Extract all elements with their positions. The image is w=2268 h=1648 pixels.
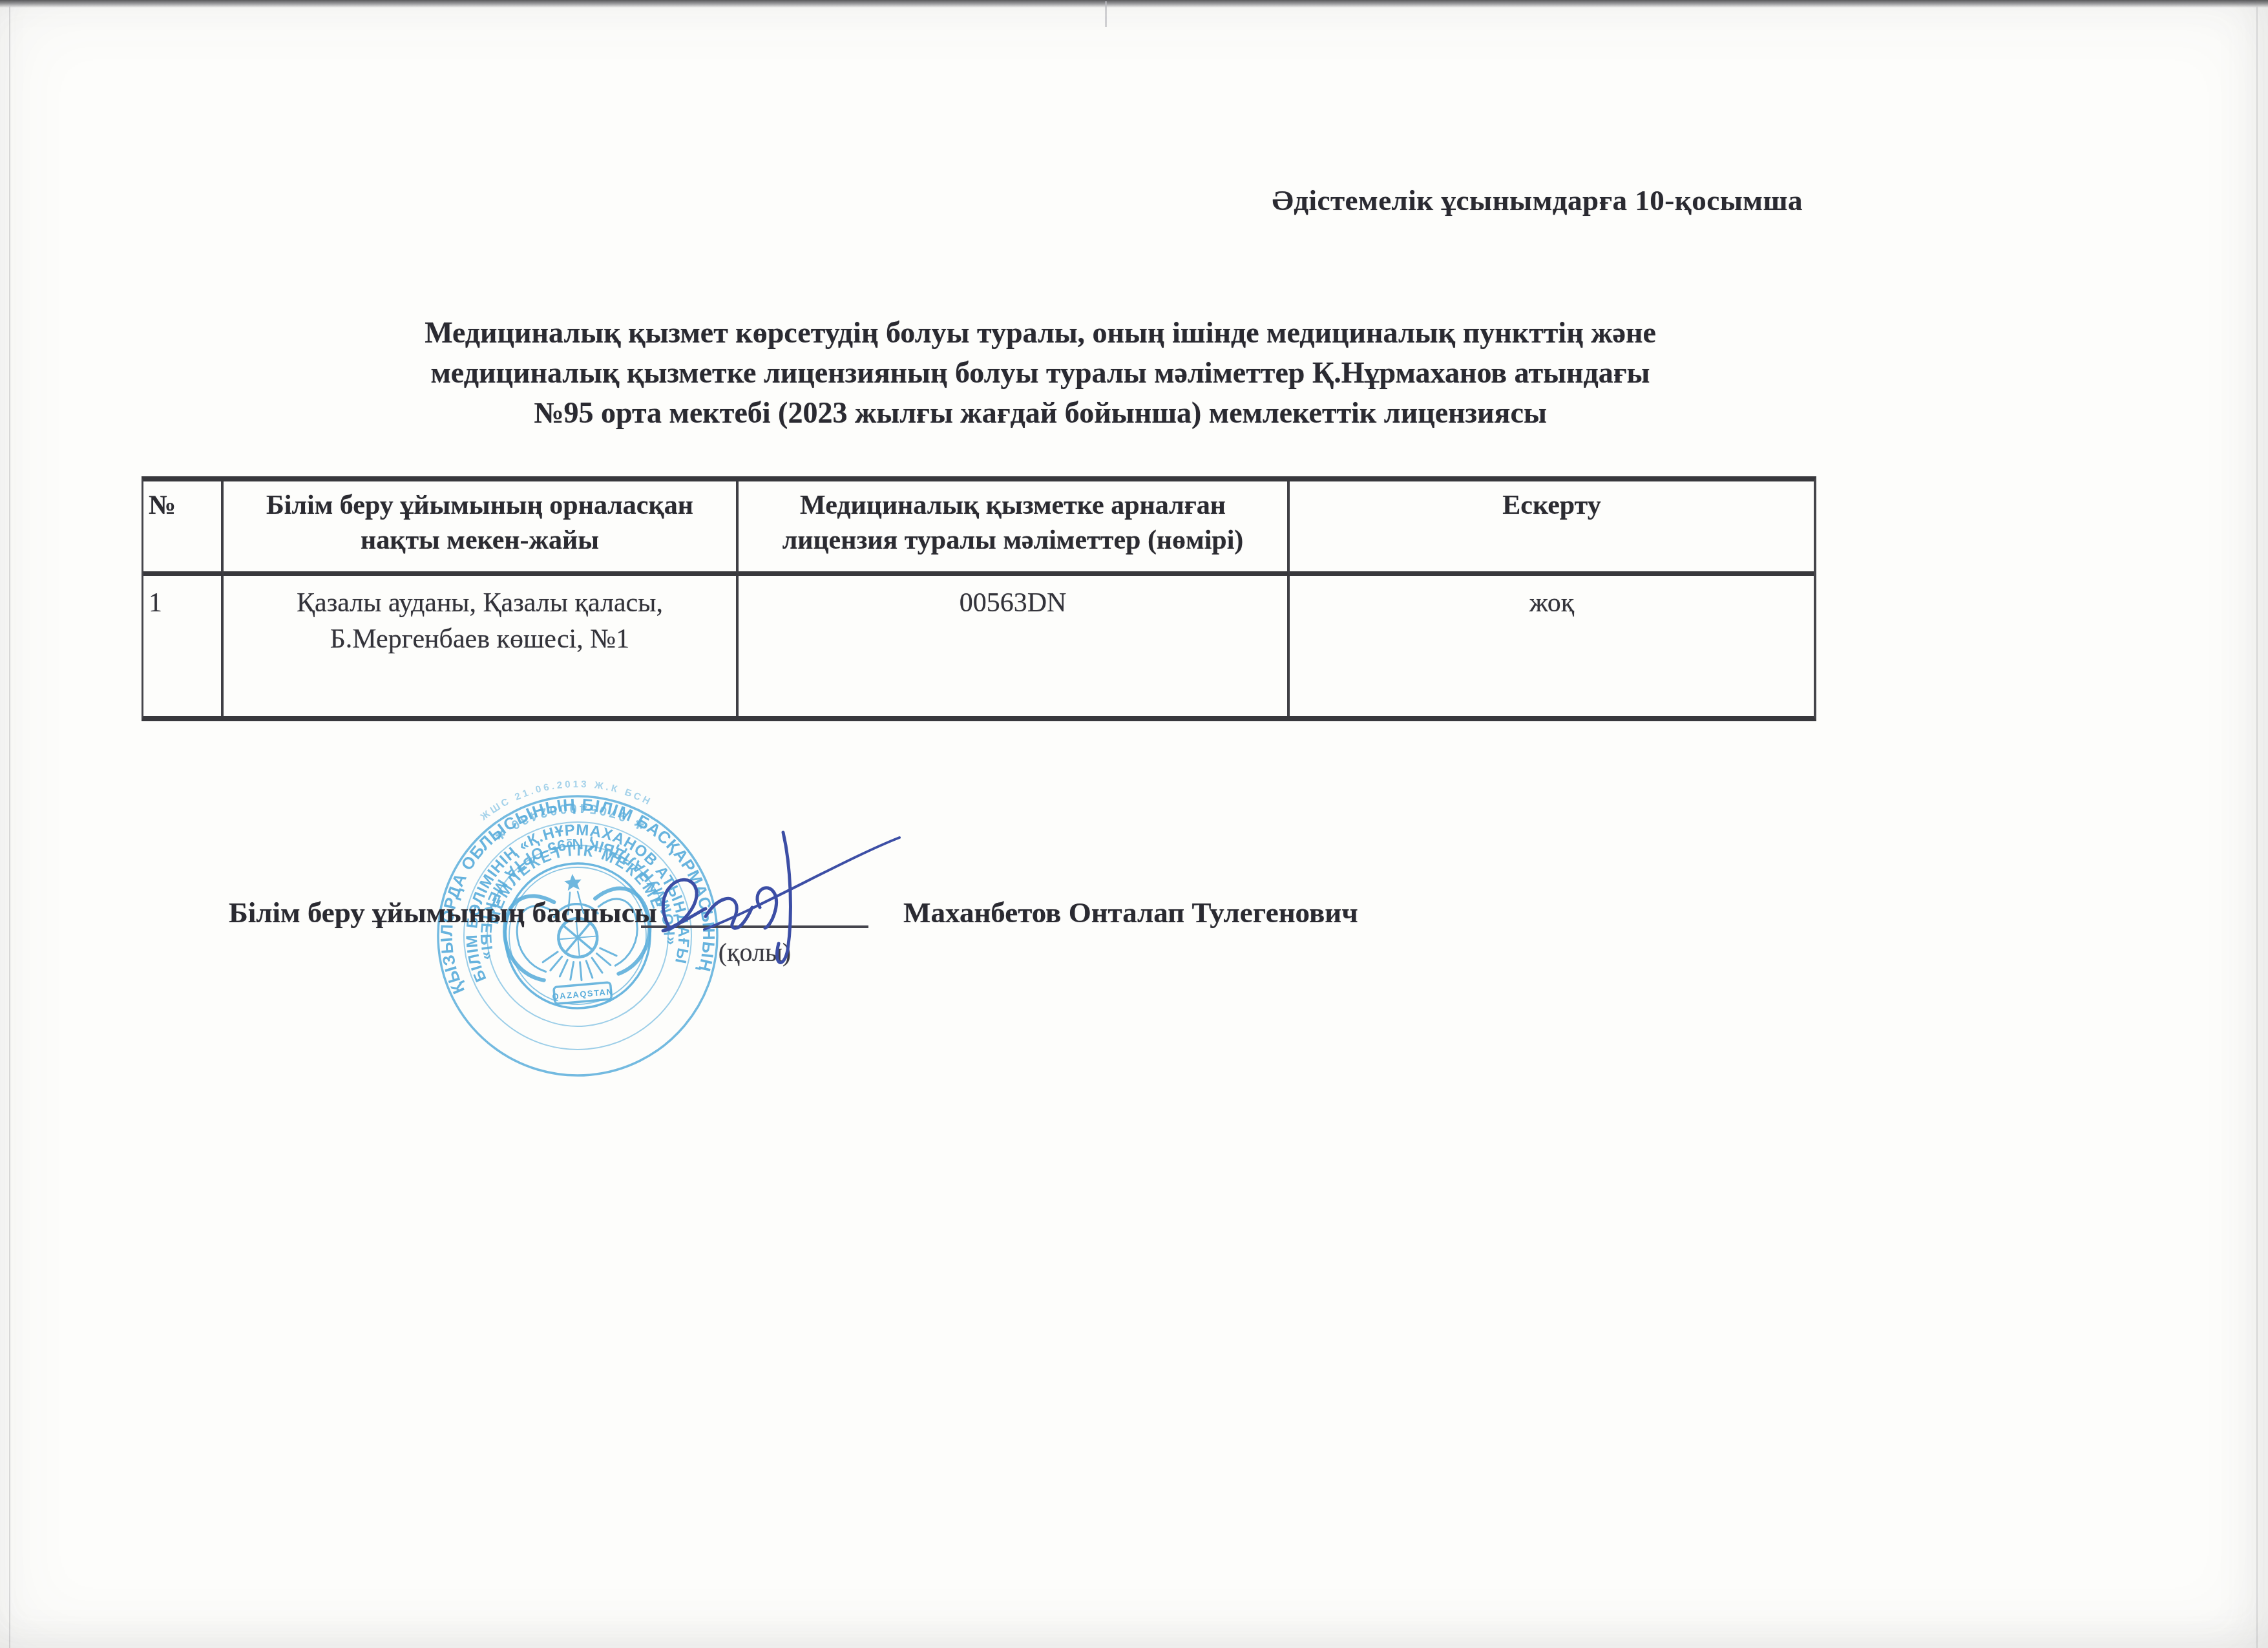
column-header-address-line-1: Білім беру ұйымының орналасқан — [224, 488, 736, 523]
column-header-license-line-2: лицензия туралы мәліметтер (нөмірі) — [739, 523, 1287, 558]
column-header-address: Білім беру ұйымының орналасқан нақты мек… — [224, 481, 739, 576]
scan-edge-right — [2256, 6, 2258, 1648]
column-header-note: Ескерту — [1290, 481, 1814, 576]
row-note-cell: жоқ — [1290, 576, 1814, 716]
scanned-document-page: Әдістемелік ұсынымдарға 10-қосымша Медиц… — [0, 0, 2268, 1648]
appendix-note: Әдістемелік ұсынымдарға 10-қосымша — [1228, 184, 1803, 217]
row-address-line-1: Қазалы ауданы, Қазалы қаласы, — [224, 585, 736, 621]
signatory-name: Маханбетов Онталап Тулегенович — [903, 896, 1358, 929]
column-header-address-line-2: нақты мекен-жайы — [224, 523, 736, 558]
signature-role-label: Білім беру ұйымының басшысы — [229, 896, 657, 929]
title-line-2: медициналық қызметке лицензияның болуы т… — [258, 353, 1822, 393]
title-line-1: Медициналық қызмет көрсетудің болуы тура… — [258, 313, 1822, 353]
title-line-3: №95 орта мектебі (2023 жылғы жағдай бойы… — [258, 393, 1822, 433]
scan-edge-top — [0, 0, 2268, 8]
scan-edge-left — [9, 6, 10, 1648]
column-header-license: Медициналық қызметке арналған лицензия т… — [739, 481, 1290, 576]
emblem-sun-rays — [542, 947, 618, 984]
column-header-license-line-1: Медициналық қызметке арналған — [739, 488, 1287, 523]
row-address-cell: Қазалы ауданы, Қазалы қаласы, Б.Мергенба… — [224, 576, 739, 716]
row-number-cell: 1 — [143, 576, 224, 716]
document-title: Медициналық қызмет көрсетудің болуы тура… — [258, 313, 1822, 433]
emblem-star-icon — [563, 873, 582, 891]
row-address-line-2: Б.Мергенбаев көшесі, №1 — [224, 621, 736, 657]
column-header-number: № — [143, 481, 224, 576]
license-table: № Білім беру ұйымының орналасқан нақты м… — [142, 476, 1816, 721]
signature-scribble-icon — [633, 812, 918, 975]
row-license-cell: 00563DN — [739, 576, 1290, 716]
handwritten-signature — [633, 812, 918, 975]
fold-mark — [1105, 1, 1107, 27]
scan-vignette — [0, 0, 2268, 1648]
